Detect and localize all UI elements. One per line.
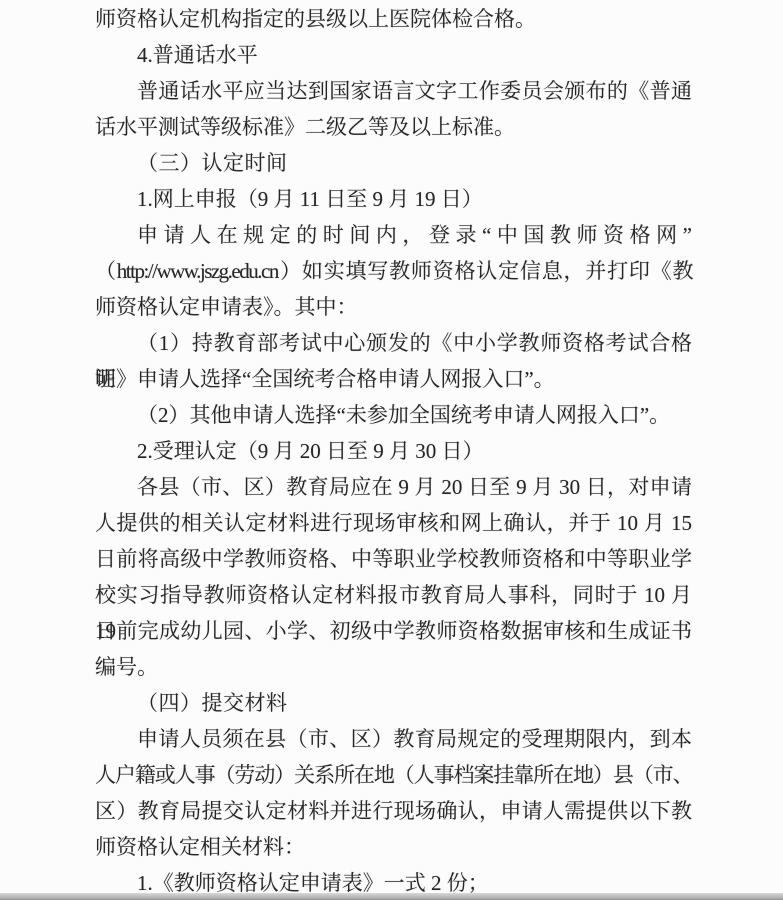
- doc-subheading: 2.受理认定（9 月 20 日至 9 月 30 日）: [95, 433, 692, 469]
- doc-line-with-url: （http://www.jszg.edu.cn）如实填写教师资格认定信息，并打印…: [95, 253, 692, 289]
- document-page: 师资格认定机构指定的县级以上医院体检合格。 4.普通话水平 普通话水平应当达到国…: [95, 1, 692, 900]
- section-heading: （四）提交材料: [95, 685, 692, 721]
- doc-line: 人提供的相关认定材料进行现场审核和网上确认，并于 10 月 15: [95, 505, 692, 541]
- doc-line: 编号。: [95, 649, 692, 685]
- scanned-document-screenshot: { "page": { "background_color": "#fcfcfc…: [0, 0, 783, 900]
- doc-line: （1）持教育部考试中心颁发的《中小学教师资格考试合格证: [95, 325, 692, 361]
- doc-subheading: 1.网上申报（9 月 11 日至 9 月 19 日）: [95, 181, 692, 217]
- section-heading: （三）认定时间: [95, 145, 692, 181]
- doc-line: 各县（市、区）教育局应在 9 月 20 日至 9 月 30 日，对申请: [95, 469, 692, 505]
- doc-line: 师资格认定相关材料：: [95, 829, 692, 865]
- doc-line: 普通话水平应当达到国家语言文字工作委员会颁布的《普通: [95, 73, 692, 109]
- doc-line: 申请人在规定的时间内，登录“中国教师资格网”: [95, 217, 692, 253]
- doc-line: 明》申请人选择“全国统考合格申请人网报入口”。: [95, 361, 692, 397]
- doc-subheading: 4.普通话水平: [95, 37, 692, 73]
- scan-page-edge: [0, 893, 783, 900]
- doc-line: 师资格认定申请表》。其中：: [95, 289, 692, 325]
- doc-line: 师资格认定机构指定的县级以上医院体检合格。: [95, 1, 692, 37]
- doc-line: 校实习指导教师资格认定材料报市教育局人事科，同时于 10 月 19: [95, 577, 692, 613]
- doc-line: 话水平测试等级标准》二级乙等及以上标准。: [95, 109, 692, 145]
- doc-line: 日前完成幼儿园、小学、初级中学教师资格数据审核和生成证书: [95, 613, 692, 649]
- doc-line: （2）其他申请人选择“未参加全国统考申请人网报入口”。: [95, 397, 692, 433]
- doc-line: 区）教育局提交认定材料并进行现场确认，申请人需提供以下教: [95, 793, 692, 829]
- doc-line: 人户籍或人事（劳动）关系所在地（人事档案挂靠所在地）县（市、: [95, 757, 692, 793]
- doc-line: 申请人员须在县（市、区）教育局规定的受理期限内，到本: [95, 721, 692, 757]
- doc-line: 日前将高级中学教师资格、中等职业学校教师资格和中等职业学: [95, 541, 692, 577]
